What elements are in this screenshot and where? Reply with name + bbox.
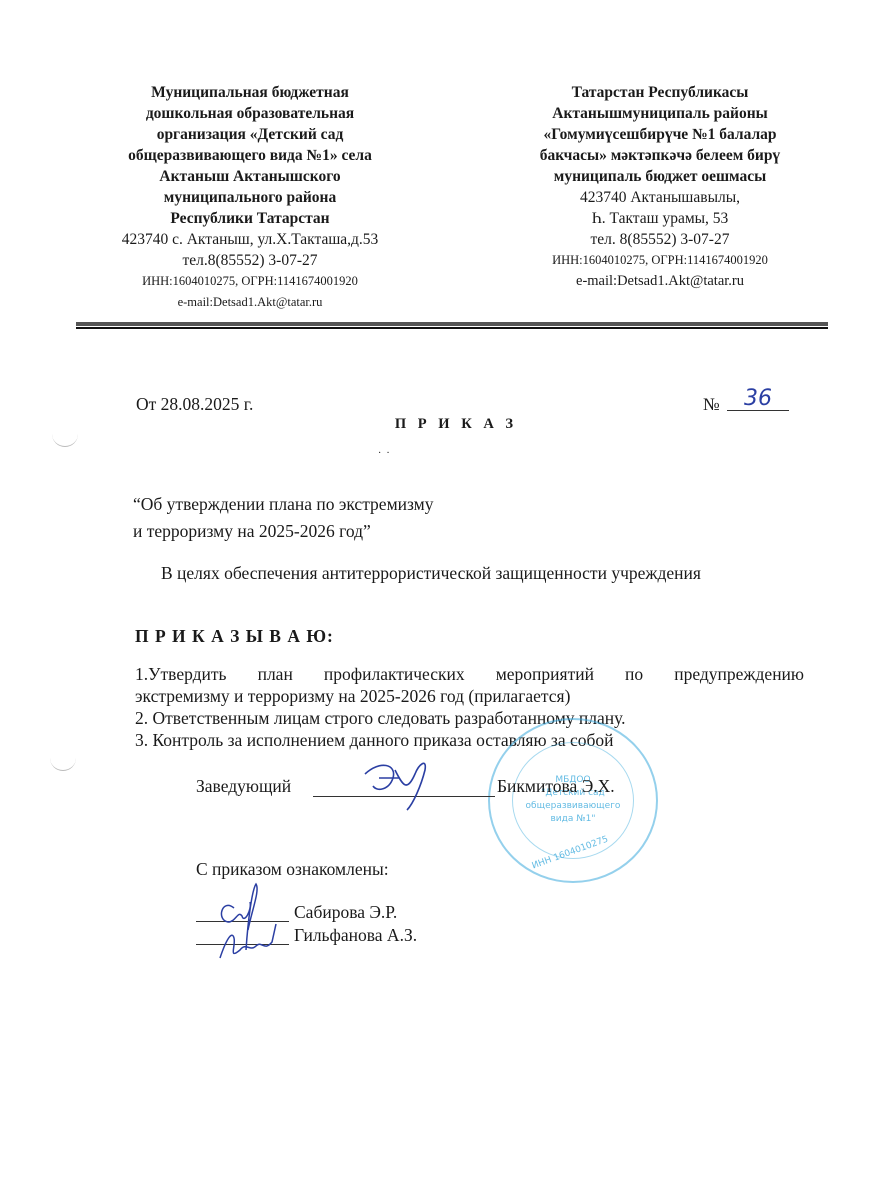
org-email: e-mail:Detsad1.Akt@tatar.ru bbox=[90, 292, 410, 313]
org-address-line-1: 423740 Актанышавылы, bbox=[500, 187, 820, 208]
header-separator-thin bbox=[76, 327, 828, 329]
punch-hole-mark bbox=[50, 756, 76, 771]
org-name-line: «Гомумиүсешбирүче №1 балалар bbox=[500, 124, 820, 145]
order-number-value: 36 bbox=[744, 386, 772, 411]
official-stamp: МБДОО "Детский сад общеразвивающего вида… bbox=[488, 718, 658, 883]
order-item-1-line-2: экстремизму и терроризму на 2025-2026 го… bbox=[135, 685, 570, 707]
org-name-line: общеразвивающего вида №1» села bbox=[90, 145, 410, 166]
stamp-line: вида №1" bbox=[490, 813, 656, 826]
org-name-line: Муниципальная бюджетная bbox=[90, 82, 410, 103]
org-address: 423740 с. Актаныш, ул.Х.Такташа,д.53 bbox=[90, 229, 410, 250]
order-date: От 28.08.2025 г. bbox=[136, 393, 253, 415]
director-signature bbox=[355, 752, 445, 812]
org-name-line: дошкольная образовательная bbox=[90, 103, 410, 124]
org-name-line: бакчасы» мәктәпкәчә белеем бирү bbox=[500, 145, 820, 166]
org-name-line: Татарстан Республикасы bbox=[500, 82, 820, 103]
directive-heading: П Р И К А З Ы В А Ю: bbox=[135, 625, 334, 647]
org-name-line: Республики Татарстан bbox=[90, 208, 410, 229]
order-item-1-line-1: 1.Утвердить план профилактических меропр… bbox=[135, 663, 804, 685]
stamp-line: общеразвивающего bbox=[490, 800, 656, 813]
ack-signatures bbox=[212, 880, 292, 970]
document-title: П Р И К А З bbox=[0, 416, 873, 433]
org-name-line: Актаныш Актанышского bbox=[90, 166, 410, 187]
org-phone: тел. 8(85552) 3-07-27 bbox=[500, 229, 820, 250]
org-phone: тел.8(85552) 3-07-27 bbox=[90, 250, 410, 271]
org-address-line-2: Һ. Такташ урамы, 53 bbox=[500, 208, 820, 229]
header-left-russian: Муниципальная бюджетная дошкольная образ… bbox=[90, 82, 410, 313]
org-name-line: Актанышмуниципаль районы bbox=[500, 103, 820, 124]
header-right-tatar: Татарстан Республикасы Актанышмуниципаль… bbox=[500, 82, 820, 292]
order-number-field: 36 bbox=[727, 388, 789, 411]
order-subject-line-1: “Об утверждении плана по экстремизму bbox=[133, 493, 434, 515]
acknowledgement-label: С приказом ознакомлены: bbox=[196, 858, 389, 880]
order-subject-line-2: и терроризму на 2025-2026 год” bbox=[133, 520, 371, 542]
org-inn-ogrn: ИНН:1604010275, ОГРН:1141674001920 bbox=[90, 271, 410, 292]
scan-dots: · · bbox=[378, 448, 390, 459]
header-separator-thick bbox=[76, 322, 828, 326]
org-email: e-mail:Detsad1.Akt@tatar.ru bbox=[500, 271, 820, 292]
org-name-line: организация «Детский сад bbox=[90, 124, 410, 145]
ack-person-1: Сабирова Э.Р. bbox=[294, 901, 397, 923]
order-preamble: В целях обеспечения антитеррористической… bbox=[161, 562, 701, 584]
punch-hole-mark bbox=[52, 432, 78, 447]
org-name-line: муниципаль бюджет оешмасы bbox=[500, 166, 820, 187]
org-inn-ogrn: ИНН:1604010275, ОГРН:1141674001920 bbox=[500, 250, 820, 271]
signature-name: Бикмитова Э.Х. bbox=[497, 775, 615, 797]
order-number-label: № bbox=[703, 393, 720, 415]
signature-position: Заведующий bbox=[196, 775, 291, 797]
ack-person-2: Гильфанова А.З. bbox=[294, 924, 417, 946]
org-name-line: муниципального района bbox=[90, 187, 410, 208]
